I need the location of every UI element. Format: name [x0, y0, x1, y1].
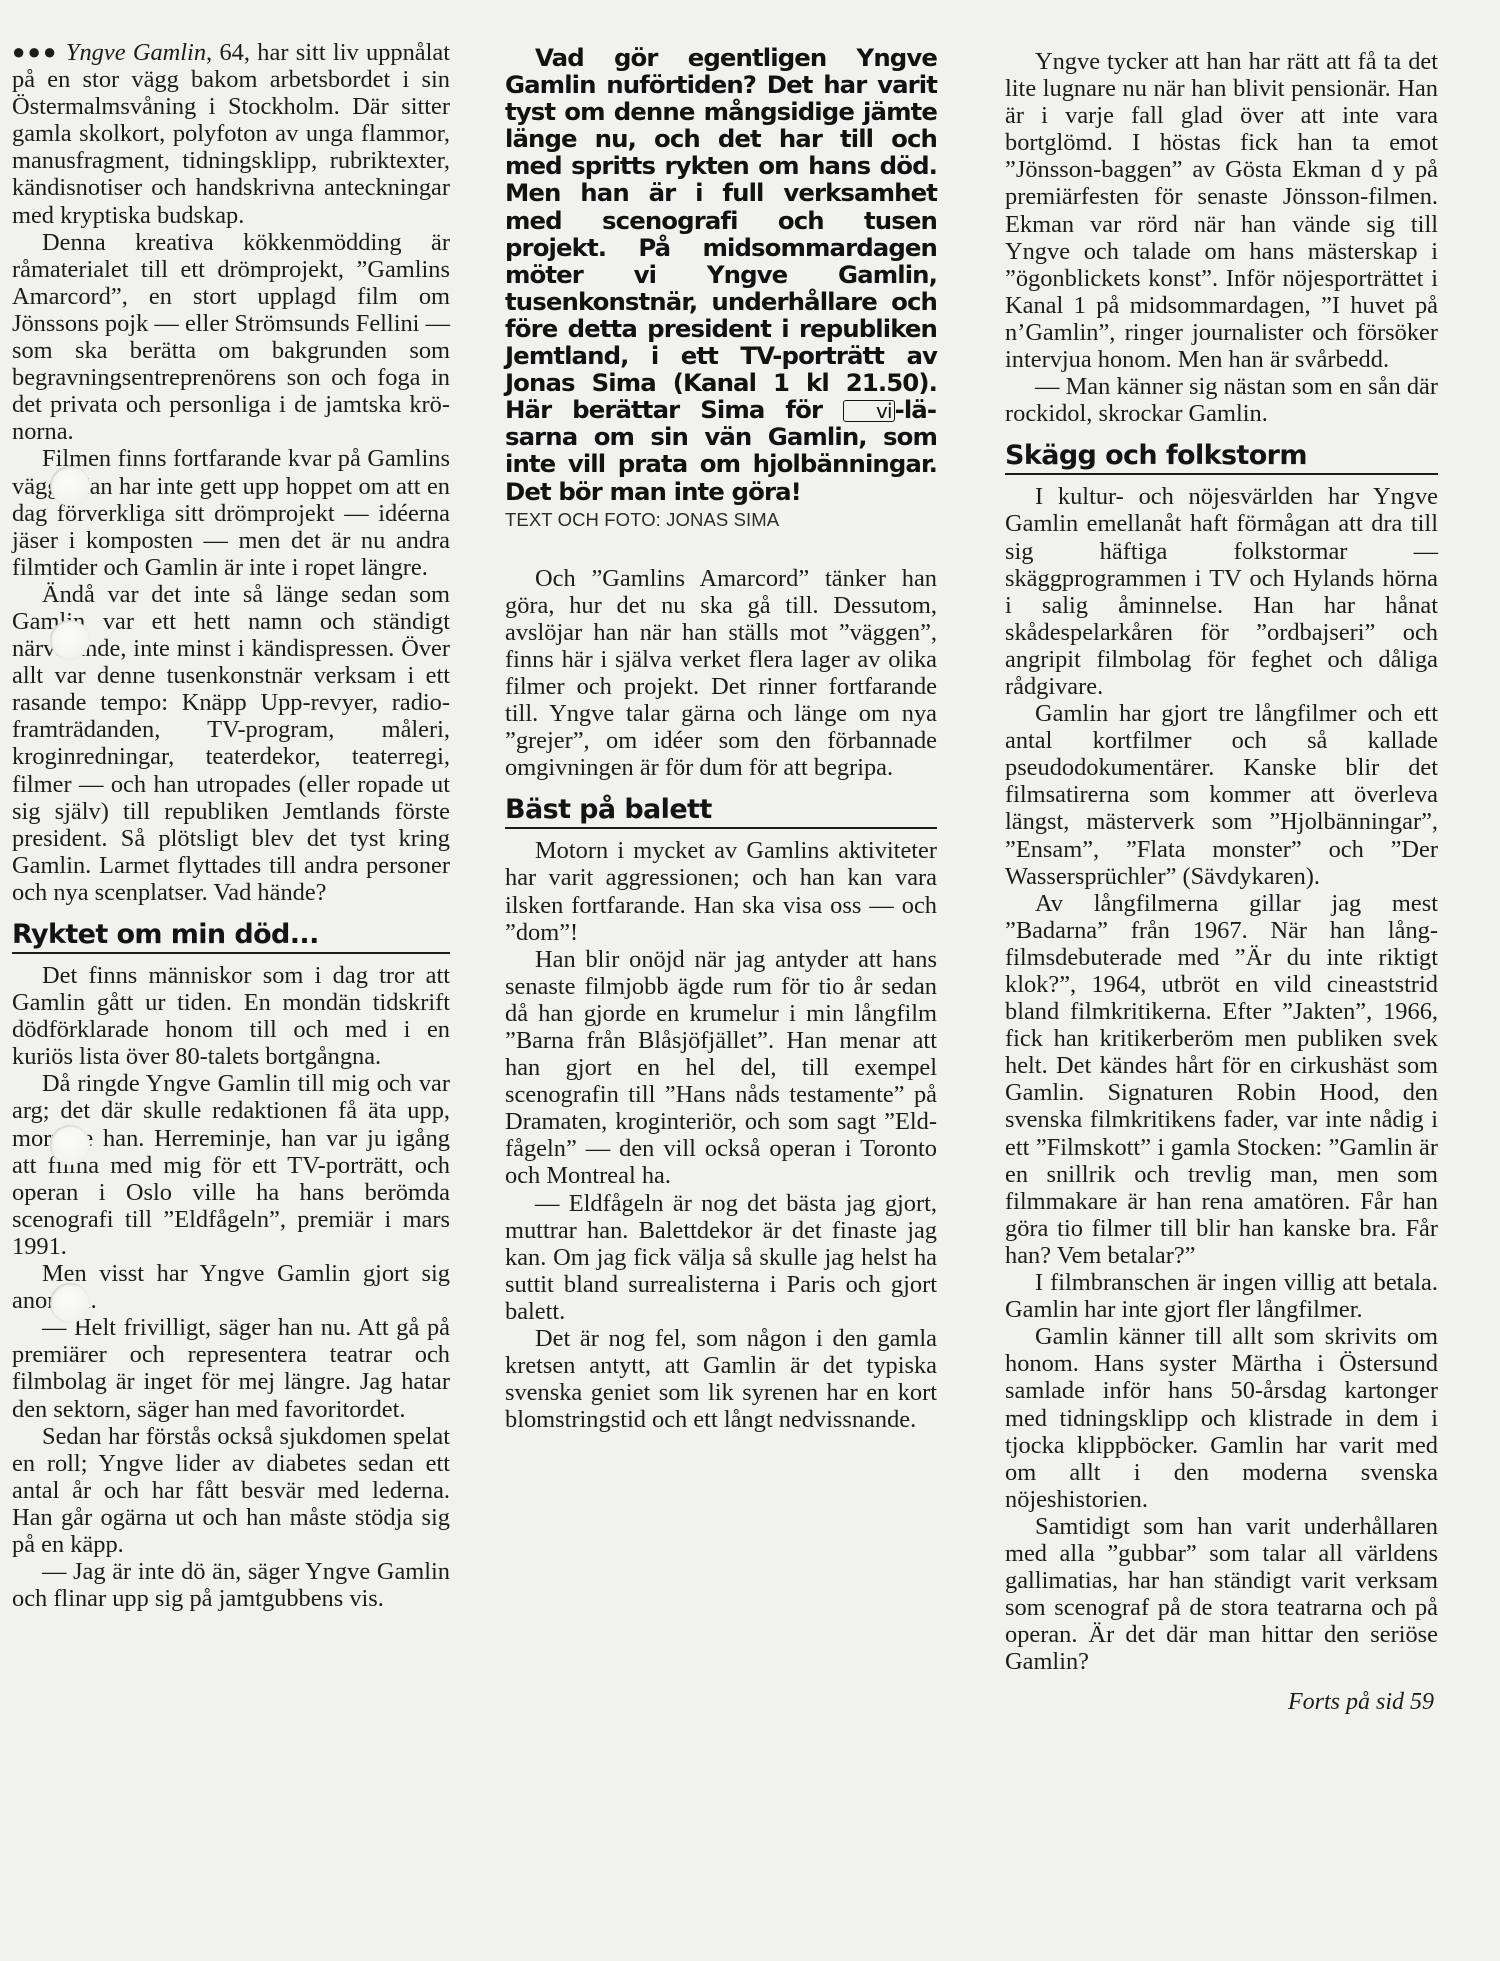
lead-name: Yngve Gamlin [66, 39, 206, 66]
bullet-dots-icon: ●●● [12, 39, 59, 64]
paragraph: Yngve tycker att han har rätt att få ta … [1005, 48, 1438, 373]
middle-column: Vad gör egentligen Yngve Gamlin nuförti­… [505, 44, 937, 1433]
paragraph: Filmen finns fortfarande kvar på Gamlins… [12, 445, 450, 580]
left-column: ●●● Yngve Gamlin, 64, har sitt liv uppnå… [12, 38, 450, 1612]
paragraph: Han blir onöjd när jag antyder att hans … [505, 946, 937, 1190]
paragraph: — Man känner sig nästan som en sån där r… [1005, 373, 1438, 427]
lead-paragraph: ●●● Yngve Gamlin, 64, har sitt liv uppnå… [12, 38, 450, 229]
paragraph: — Eldfågeln är nog det bästa jag gjort, … [505, 1190, 937, 1325]
punch-hole [50, 466, 90, 506]
paragraph: Och ”Gamlins Amarcord” tänker han göra, … [505, 565, 937, 782]
intro-deck: Vad gör egentligen Yngve Gamlin nuförti­… [505, 44, 937, 505]
paragraph: Det finns människor som i dag tror att G… [12, 962, 450, 1070]
paragraph: I kultur- och nöjesvärlden har Yng­ve Ga… [1005, 483, 1438, 700]
punch-hole [50, 1283, 90, 1323]
punch-hole [50, 1125, 90, 1165]
lead-text: , 64, har sitt liv uppnålat på en stor v… [12, 39, 450, 229]
paragraph: Motorn i mycket av Gamlins akti­viteter … [505, 837, 937, 945]
paragraph: Av långfilmerna gillar jag mest ”Badarna… [1005, 890, 1438, 1269]
continuation-note: Forts på sid 59 [1005, 1689, 1438, 1716]
paragraph: I filmbranschen är ingen villig att beta… [1005, 1269, 1438, 1323]
punch-hole [50, 620, 90, 660]
paragraph: Denna kreativa kökkenmödding är råmateri… [12, 229, 450, 446]
magazine-page: ●●● Yngve Gamlin, 64, har sitt liv uppnå… [0, 0, 1500, 1961]
byline: TEXT OCH FOTO: JONAS SIMA [505, 509, 937, 531]
subheading-skagg: Skägg och folkstorm [1005, 441, 1438, 475]
paragraph: Då ringde Yngve Gamlin till mig och var … [12, 1070, 450, 1260]
paragraph: Samtidigt som han varit underhål­laren m… [1005, 1513, 1438, 1676]
right-column: Yngve tycker att han har rätt att få ta … [1005, 48, 1438, 1716]
vi-magazine-logo-icon: vi [843, 400, 895, 422]
intro-text: Vad gör egentligen Yngve Gamlin nuförti­… [505, 43, 937, 424]
paragraph: Sedan har förstås också sjukdomen spelat… [12, 1423, 450, 1558]
paragraph: Gamlin känner till allt som skrivits om … [1005, 1323, 1438, 1513]
paragraph: Gamlin har gjort tre långfilmer och ett … [1005, 700, 1438, 890]
subheading-ryktet: Ryktet om min död... [12, 920, 450, 954]
paragraph: — Helt frivilligt, säger han nu. Att gå … [12, 1314, 450, 1422]
paragraph: Det är nog fel, som någon i den gamla kr… [505, 1325, 937, 1433]
subheading-balett: Bäst på balett [505, 795, 937, 829]
paragraph: — Jag är inte dö än, säger Yngve Gamlin … [12, 1558, 450, 1612]
